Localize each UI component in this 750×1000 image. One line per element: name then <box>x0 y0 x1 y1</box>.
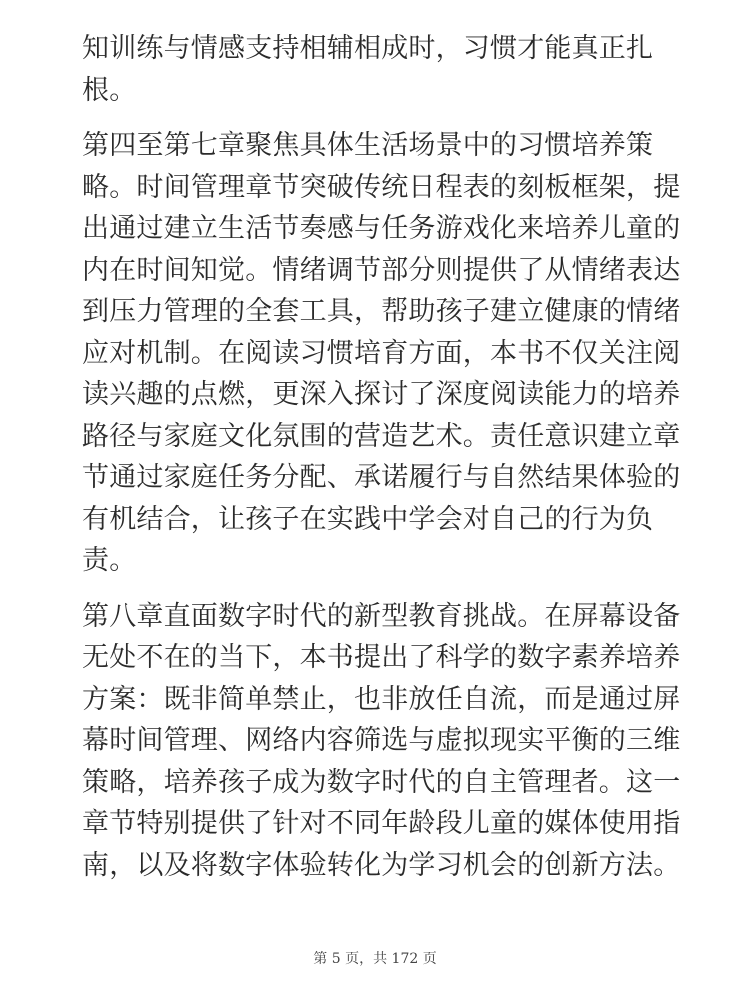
paragraph-2: 第四至第七章聚焦具体生活场景中的习惯培养策 略。时间管理章节突破传统日程表的刻板… <box>82 125 722 582</box>
text-line: 南，以及将数字体验转化为学习机会的创新方法。 <box>82 845 722 887</box>
text-line: 章节特别提供了针对不同年龄段儿童的媒体使用指 <box>82 803 722 845</box>
text-line: 内在时间知觉。情绪调节部分则提供了从情绪表达 <box>82 250 722 292</box>
document-page: 知训练与情感支持相辅相成时，习惯才能真正扎 根。 第四至第七章聚焦具体生活场景中… <box>0 0 750 1000</box>
text-line: 幕时间管理、网络内容筛选与虚拟现实平衡的三维 <box>82 720 722 762</box>
text-line: 略。时间管理章节突破传统日程表的刻板框架，提 <box>82 167 722 209</box>
text-line: 责。 <box>82 540 722 582</box>
text-line: 应对机制。在阅读习惯培育方面，本书不仅关注阅 <box>82 333 722 375</box>
text-line: 策略，培养孩子成为数字时代的自主管理者。这一 <box>82 762 722 804</box>
text-line: 方案：既非简单禁止，也非放任自流，而是通过屏 <box>82 679 722 721</box>
text-line: 出通过建立生活节奏感与任务游戏化来培养儿童的 <box>82 208 722 250</box>
text-line: 第八章直面数字时代的新型教育挑战。在屏幕设备 <box>82 596 722 638</box>
text-line: 读兴趣的点燃，更深入探讨了深度阅读能力的培养 <box>82 374 722 416</box>
text-line: 路径与家庭文化氛围的营造艺术。责任意识建立章 <box>82 416 722 458</box>
text-line: 第四至第七章聚焦具体生活场景中的习惯培养策 <box>82 125 722 167</box>
text-line: 节通过家庭任务分配、承诺履行与自然结果体验的 <box>82 457 722 499</box>
paragraph-1: 知训练与情感支持相辅相成时，习惯才能真正扎 根。 <box>82 28 722 111</box>
text-line: 根。 <box>82 70 722 112</box>
text-line: 无处不在的当下，本书提出了科学的数字素养培养 <box>82 637 722 679</box>
page-body: 知训练与情感支持相辅相成时，习惯才能真正扎 根。 第四至第七章聚焦具体生活场景中… <box>82 28 722 900</box>
text-line: 有机结合，让孩子在实践中学会对自己的行为负 <box>82 499 722 541</box>
text-line: 到压力管理的全套工具，帮助孩子建立健康的情绪 <box>82 291 722 333</box>
paragraph-3: 第八章直面数字时代的新型教育挑战。在屏幕设备 无处不在的当下，本书提出了科学的数… <box>82 596 722 887</box>
page-number-footer: 第 5 页，共 172 页 <box>0 948 750 968</box>
text-line: 知训练与情感支持相辅相成时，习惯才能真正扎 <box>82 28 722 70</box>
